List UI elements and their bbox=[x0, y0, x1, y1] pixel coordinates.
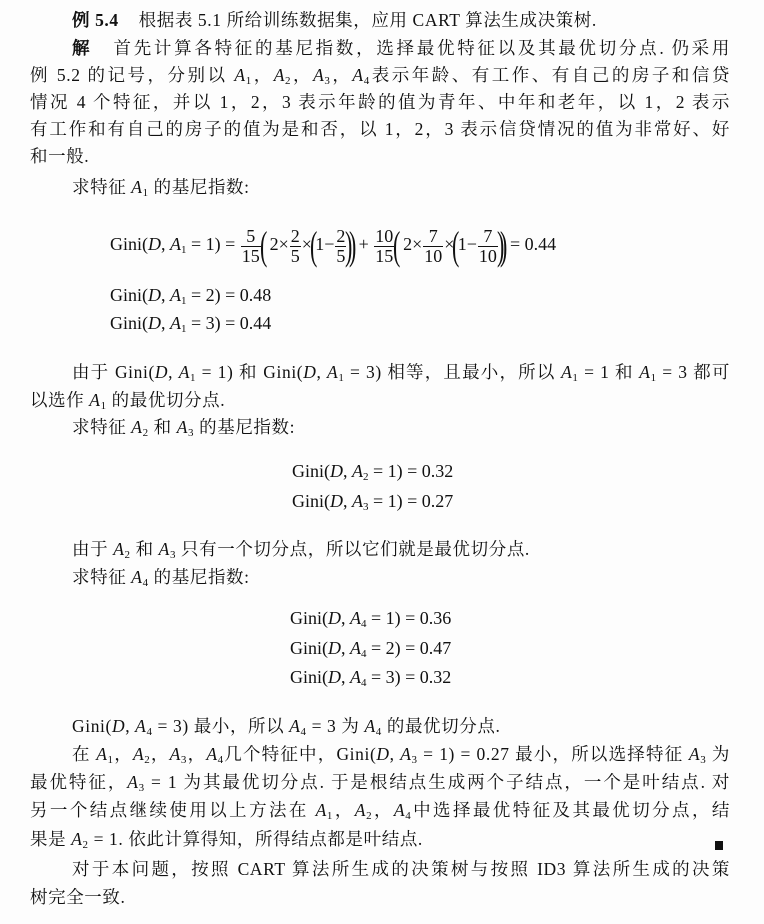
solution-line-5: 和一般. bbox=[30, 145, 89, 167]
closing-line-2: 树完全一致. bbox=[30, 886, 125, 908]
a1-conclusion-line-1: 由于 Gini(D, A1 = 1) 和 Gini(D, A1 = 3) 相等，… bbox=[72, 361, 730, 383]
solution-line-3: 情况 4 个特征，并以 1，2，3 表示年龄的值为青年、中年和老年，以 1，2 … bbox=[30, 91, 730, 113]
equation-gini-a2-1: Gini(D, A2 = 1) = 0.32 bbox=[292, 460, 453, 482]
a1-heading: 求特征 A1 的基尼指数: bbox=[72, 176, 250, 198]
example-heading: 例 5.4 根据表 5.1 所给训练数据集，应用 CART 算法生成决策树. bbox=[72, 9, 597, 31]
a2a3-heading: 求特征 A2 和 A3 的基尼指数: bbox=[72, 416, 295, 438]
solution-line-4: 有工作和有自己的房子的值为是和否，以 1，2，3 表示信贷情况的值为非常好、好 bbox=[30, 118, 730, 140]
a2a3-conclusion: 由于 A2 和 A3 只有一个切分点，所以它们就是最优切分点. bbox=[72, 538, 530, 560]
equation-gini-a1-2: Gini(D, A1 = 2) = 0.48 bbox=[110, 284, 271, 306]
qed-mark bbox=[715, 841, 723, 850]
equation-gini-a1-1: Gini(D, A1 = 1) = 515( 2×25×(1−25)) + 10… bbox=[110, 226, 556, 266]
example-statement: 根据表 5.1 所给训练数据集，应用 CART 算法生成决策树. bbox=[139, 10, 597, 30]
equation-gini-a1-3: Gini(D, A1 = 3) = 0.44 bbox=[110, 312, 271, 334]
equation-result: = 0.44 bbox=[510, 234, 556, 254]
a4-conclusion: Gini(D, A4 = 3) 最小，所以 A4 = 3 为 A4 的最优切分点… bbox=[72, 715, 500, 737]
final-line-2: 最优特征，A3 = 1 为其最优切分点. 于是根结点生成两个子结点，一个是叶结点… bbox=[30, 771, 730, 793]
solution-line-2: 例 5.2 的记号，分别以 A1，A2，A3，A4表示年龄、有工作、有自己的房子… bbox=[30, 64, 730, 86]
example-label: 例 5.4 bbox=[72, 10, 119, 30]
closing-line-1: 对于本问题，按照 CART 算法所生成的决策树与按照 ID3 算法所生成的决策 bbox=[72, 858, 730, 880]
solution-line-1: 解 首先计算各特征的基尼指数，选择最优特征以及其最优切分点. 仍采用 bbox=[72, 37, 730, 59]
equation-gini-a4-2: Gini(D, A4 = 2) = 0.47 bbox=[290, 637, 451, 659]
solution-label: 解 bbox=[72, 38, 92, 58]
a1-conclusion-line-2: 以选作 A1 的最优切分点. bbox=[30, 389, 225, 411]
final-line-4: 果是 A2 = 1. 依此计算得知，所得结点都是叶结点. bbox=[30, 828, 423, 850]
equation-gini-a4-1: Gini(D, A4 = 1) = 0.36 bbox=[290, 607, 451, 629]
final-line-1: 在 A1，A2，A3，A4几个特征中，Gini(D, A3 = 1) = 0.2… bbox=[72, 743, 730, 765]
a4-heading: 求特征 A4 的基尼指数: bbox=[72, 566, 250, 588]
final-line-3: 另一个结点继续使用以上方法在 A1，A2，A4中选择最优特征及其最优切分点，结 bbox=[30, 799, 730, 821]
equation-gini-a4-3: Gini(D, A4 = 3) = 0.32 bbox=[290, 666, 451, 688]
fraction: 515 bbox=[241, 227, 261, 266]
equation-gini-a3-1: Gini(D, A3 = 1) = 0.27 bbox=[292, 490, 453, 512]
